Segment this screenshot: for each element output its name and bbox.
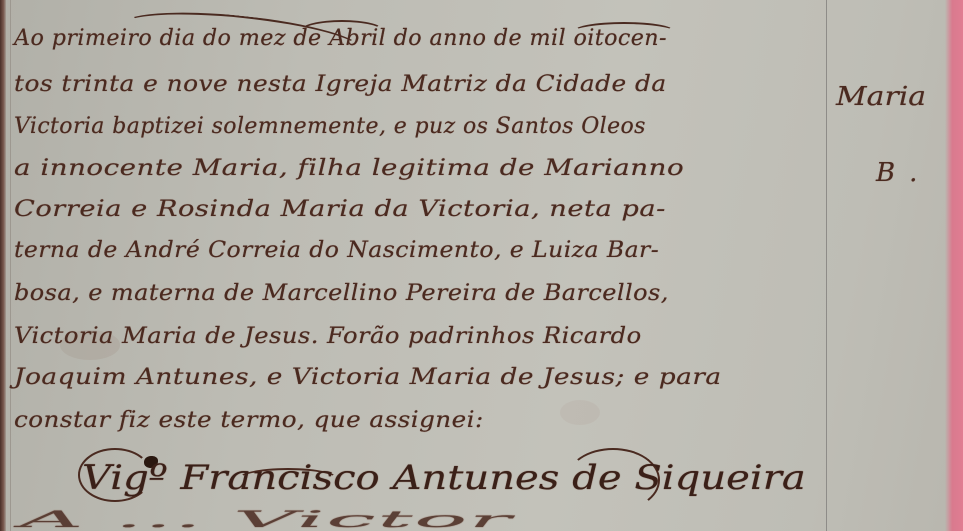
record-line-5: Correia e Rosinda Maria da Victoria, net…	[14, 197, 666, 222]
manuscript-page: Ao primeiro dia do mez de Abril do anno …	[0, 0, 963, 531]
cut-off-next-entry: A ... Victor	[20, 508, 513, 531]
record-line-1: Ao primeiro dia do mez de Abril do anno …	[14, 26, 667, 51]
record-line-7: bosa, e materna de Marcellino Pereira de…	[14, 281, 669, 306]
record-line-8: Victoria Maria de Jesus. Forão padrinhos…	[14, 324, 642, 349]
record-line-4: a innocente Maria, filha legitima de Mar…	[14, 156, 684, 181]
margin-note-name: Maria	[836, 82, 926, 112]
priest-signature: Vigº Francisco Antunes de Siqueira	[82, 458, 806, 498]
paper-stain	[560, 400, 600, 425]
pink-page-edge-stain	[945, 0, 963, 531]
record-line-10: constar fiz este termo, que assignei:	[14, 408, 484, 433]
margin-rule-line	[826, 0, 827, 531]
margin-note-mark: B.	[876, 158, 931, 188]
record-line-2: tos trinta e nove nesta Igreja Matriz da…	[14, 72, 667, 97]
record-line-3: Victoria baptizei solemnemente, e puz os…	[14, 114, 646, 139]
page-binding-edge	[0, 0, 6, 531]
record-line-6: terna de André Correia do Nascimento, e …	[14, 238, 659, 263]
left-page-rule	[10, 0, 11, 531]
record-line-9: Joaquim Antunes, e Victoria Maria de Jes…	[14, 365, 722, 390]
